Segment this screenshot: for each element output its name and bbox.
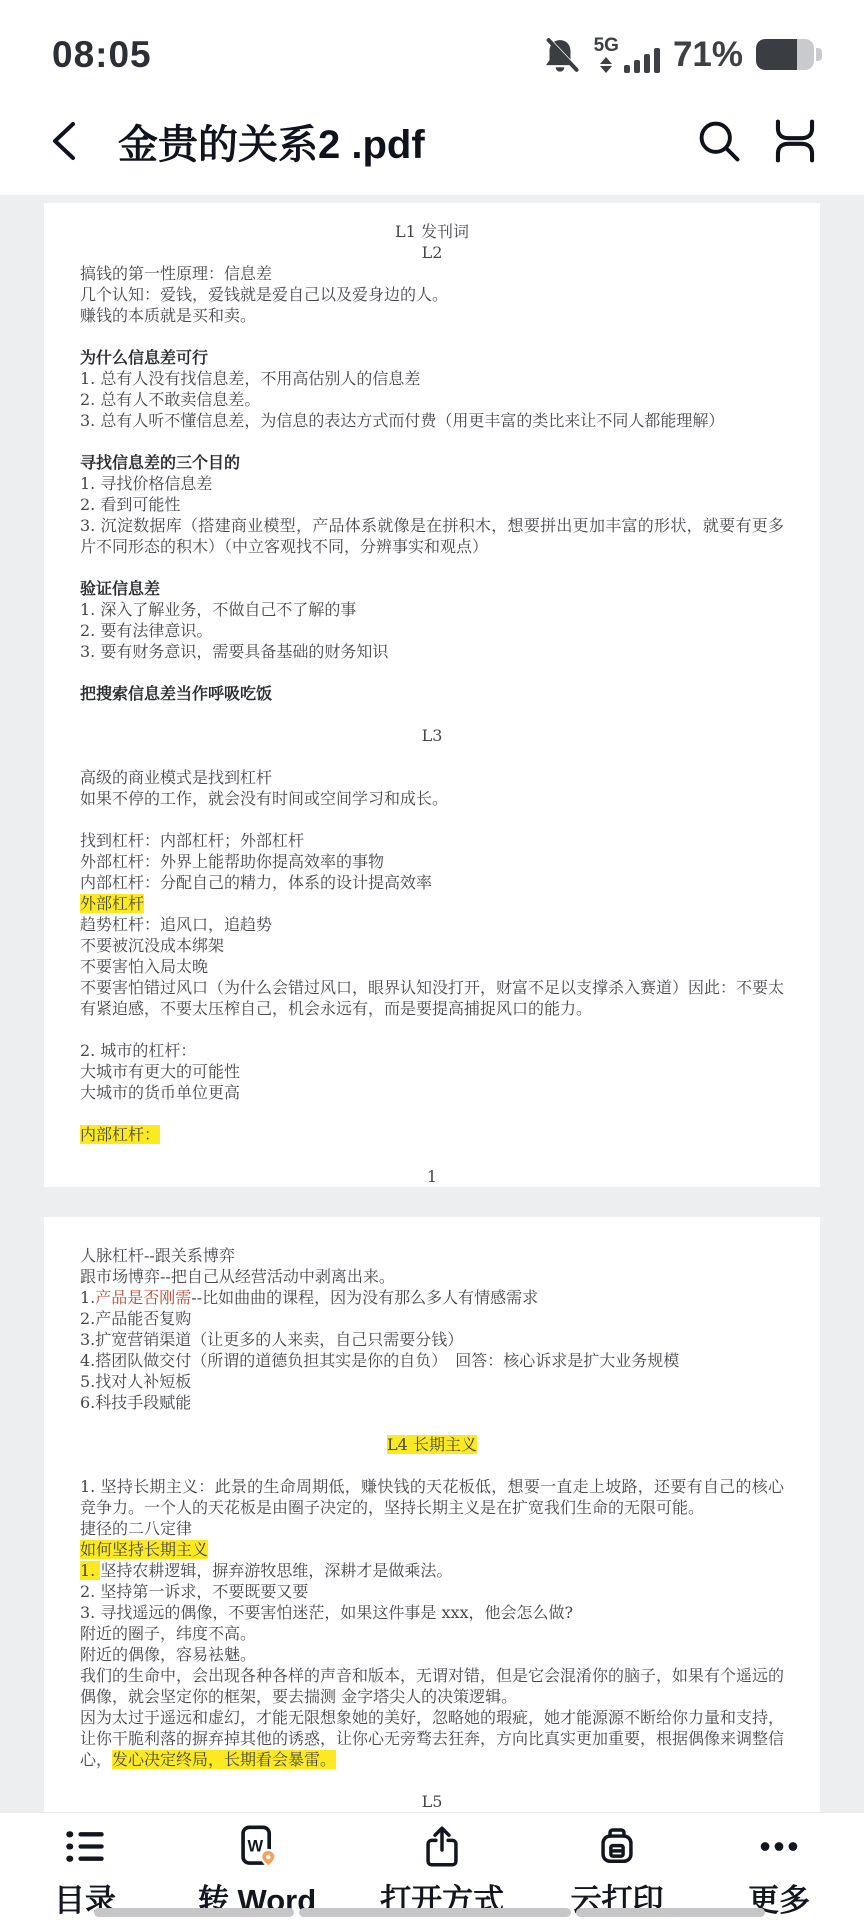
doc-line: 外部杠杆：外界上能帮助你提高效率的事物 bbox=[80, 851, 784, 872]
doc-line: 4.搭团队做交付（所谓的道德负担其实是你的自负） 回答：核心诉求是扩大业务规模 bbox=[80, 1350, 784, 1371]
app-header: 金贵的关系2 .pdf bbox=[0, 95, 864, 195]
doc-line bbox=[80, 1103, 784, 1124]
back-button[interactable] bbox=[46, 118, 92, 164]
doc-line: 大城市的货币单位更高 bbox=[80, 1082, 784, 1103]
doc-line: L2 bbox=[80, 242, 784, 263]
doc-line: 1 bbox=[80, 1166, 784, 1187]
doc-line: 人脉杠杆--跟关系博弈 bbox=[80, 1245, 784, 1266]
doc-line: L3 bbox=[80, 725, 784, 746]
doc-line: 寻找信息差的三个目的 bbox=[80, 452, 784, 473]
doc-line: 附近的圈子，纬度不高。 bbox=[80, 1623, 784, 1644]
doc-line: 2. 城市的杠杆： bbox=[80, 1040, 784, 1061]
doc-line bbox=[80, 1019, 784, 1040]
signal-arrows-icon bbox=[600, 57, 612, 73]
battery-percent-label: 71% bbox=[673, 35, 743, 75]
doc-line: 跟市场博弈--把自己从经营活动中剥离出来。 bbox=[80, 1266, 784, 1287]
doc-line: 2.产品能否复购 bbox=[80, 1308, 784, 1329]
doc-line: 1. 深入了解业务，不做自己不了解的事 bbox=[80, 599, 784, 620]
doc-line bbox=[80, 1145, 784, 1166]
doc-line bbox=[80, 431, 784, 452]
pdf-page-2: 人脉杠杆--跟关系博弈跟市场博弈--把自己从经营活动中剥离出来。1.产品是否刚需… bbox=[44, 1217, 820, 1812]
doc-line: 内部杠杆： bbox=[80, 1124, 784, 1145]
doc-line: 3. 总有人听不懂信息差，为信息的表达方式而付费（用更丰富的类比来让不同人都能理… bbox=[80, 410, 784, 431]
more-dots-icon bbox=[752, 1823, 806, 1870]
doc-line: 如果不停的工作，就会没有时间或空间学习和成长。 bbox=[80, 788, 784, 809]
back-chevron-icon bbox=[46, 118, 92, 164]
clock: 08:05 bbox=[52, 34, 152, 76]
scroll-indicator-segment bbox=[576, 1908, 765, 1917]
doc-line bbox=[80, 1413, 784, 1434]
doc-line bbox=[80, 746, 784, 767]
pdf-page-1-body: L1 发刊词L2搞钱的第一性原理：信息差几个认知：爱钱，爱钱就是爱自己以及爱身边… bbox=[80, 221, 784, 1187]
doc-line: 高级的商业模式是找到杠杆 bbox=[80, 767, 784, 788]
signal-bars-icon bbox=[624, 47, 660, 73]
doc-line: L5 bbox=[80, 1791, 784, 1812]
doc-line: 我们的生命中，会出现各种各样的声音和版本，无谓对错，但是它会混淆你的脑子，如果有… bbox=[80, 1665, 784, 1707]
doc-line: 赚钱的本质就是买和卖。 bbox=[80, 305, 784, 326]
search-icon bbox=[694, 116, 744, 166]
document-title: 金贵的关系2 .pdf bbox=[118, 113, 668, 170]
cloud-print-icon bbox=[590, 1823, 644, 1870]
battery-fill bbox=[756, 39, 797, 70]
doc-line: 不要害怕错过风口（为什么会错过风口，眼界认知没打开，财富不足以支撑杀入赛道）因此… bbox=[80, 977, 784, 1019]
network-type-label: 5G bbox=[594, 36, 619, 55]
doc-line: 3. 寻找遥远的偶像，不要害怕迷茫，如果这件事是 xxx，他会怎么做? bbox=[80, 1602, 784, 1623]
more-button[interactable]: 更多 bbox=[724, 1823, 834, 1920]
bottom-toolbar: 目录 W 转 Word 打开方式 bbox=[0, 1812, 864, 1920]
doc-line: 大城市有更大的可能性 bbox=[80, 1061, 784, 1082]
doc-line: 1. 坚持农耕逻辑，摒弃游牧思维，深耕才是做乘法。 bbox=[80, 1560, 784, 1581]
cloud-print-button[interactable]: 云打印 bbox=[562, 1823, 672, 1920]
doc-line: 5.找对人补短板 bbox=[80, 1371, 784, 1392]
outline-list-icon bbox=[58, 1823, 112, 1870]
doc-line: 3. 沉淀数据库（搭建商业模型，产品体系就像是在拼积木，想要拼出更加丰富的形状，… bbox=[80, 515, 784, 557]
doc-line: 搞钱的第一性原理：信息差 bbox=[80, 263, 784, 284]
doc-line: 因为太过于遥远和虚幻，才能无限想象她的美好，忽略她的瑕疵，她才能源源不断给你力量… bbox=[80, 1707, 784, 1770]
doc-line: 6.科技手段赋能 bbox=[80, 1392, 784, 1413]
doc-line: 不要害怕入局太晚 bbox=[80, 956, 784, 977]
status-bar: 08:05 5G 71% bbox=[0, 0, 864, 95]
outline-button[interactable]: 目录 bbox=[30, 1823, 140, 1920]
pdf-viewport[interactable]: L1 发刊词L2搞钱的第一性原理：信息差几个认知：爱钱，爱钱就是爱自己以及爱身边… bbox=[0, 195, 864, 1812]
svg-text:W: W bbox=[248, 1837, 264, 1856]
doc-line: 1. 坚持长期主义：此景的生命周期低，赚快钱的天花板低，想要一直走上坡路，还要有… bbox=[80, 1476, 784, 1518]
doc-line bbox=[80, 326, 784, 347]
pdf-page-1: L1 发刊词L2搞钱的第一性原理：信息差几个认知：爱钱，爱钱就是爱自己以及爱身边… bbox=[44, 203, 820, 1187]
doc-line bbox=[80, 1770, 784, 1791]
share-open-with-icon bbox=[415, 1823, 469, 1870]
doc-line: 2. 坚持第一诉求，不要既要又要 bbox=[80, 1581, 784, 1602]
doc-line: 验证信息差 bbox=[80, 578, 784, 599]
notifications-off-icon bbox=[539, 34, 581, 76]
word-convert-icon: W bbox=[230, 1823, 284, 1870]
battery-icon bbox=[756, 39, 822, 70]
doc-line: 3. 要有财务意识，需要具备基础的财务知识 bbox=[80, 641, 784, 662]
doc-line: 2. 要有法律意识。 bbox=[80, 620, 784, 641]
doc-line: 趋势杠杆：追风口，追趋势 bbox=[80, 914, 784, 935]
doc-line: 找到杠杆：内部杠杆；外部杠杆 bbox=[80, 830, 784, 851]
doc-line: 把搜索信息差当作呼吸吃饭 bbox=[80, 683, 784, 704]
mobile-reflow-button[interactable] bbox=[770, 116, 820, 166]
scroll-indicator-segment bbox=[94, 1908, 294, 1917]
doc-line: 1.产品是否刚需--比如曲曲的课程，因为没有那么多人有情感需求 bbox=[80, 1287, 784, 1308]
doc-line: 为什么信息差可行 bbox=[80, 347, 784, 368]
doc-line: 1. 寻找价格信息差 bbox=[80, 473, 784, 494]
search-button[interactable] bbox=[694, 116, 744, 166]
doc-line: 如何坚持长期主义 bbox=[80, 1539, 784, 1560]
doc-line: 捷径的二八定律 bbox=[80, 1518, 784, 1539]
doc-line: L1 发刊词 bbox=[80, 221, 784, 242]
doc-line: 几个认知：爱钱，爱钱就是爱自己以及爱身边的人。 bbox=[80, 284, 784, 305]
doc-line bbox=[80, 809, 784, 830]
doc-line: 附近的偶像，容易袪魅。 bbox=[80, 1644, 784, 1665]
pdf-page-2-body: 人脉杠杆--跟关系博弈跟市场博弈--把自己从经营活动中剥离出来。1.产品是否刚需… bbox=[80, 1245, 784, 1812]
doc-line bbox=[80, 662, 784, 683]
doc-line: 内部杠杆：分配自己的精力，体系的设计提高效率 bbox=[80, 872, 784, 893]
open-with-button[interactable]: 打开方式 bbox=[374, 1823, 510, 1920]
doc-line: 2. 看到可能性 bbox=[80, 494, 784, 515]
doc-line bbox=[80, 704, 784, 725]
doc-line bbox=[80, 557, 784, 578]
doc-line: 不要被沉没成本绑架 bbox=[80, 935, 784, 956]
convert-to-word-button[interactable]: W 转 Word bbox=[192, 1823, 322, 1920]
cellular-status: 5G bbox=[594, 36, 660, 73]
scroll-indicator-segment bbox=[299, 1908, 571, 1917]
doc-line bbox=[80, 1455, 784, 1476]
mobile-reflow-icon bbox=[770, 116, 820, 166]
phone-screen: 08:05 5G 71% bbox=[0, 0, 864, 1920]
doc-line: L4 长期主义 bbox=[80, 1434, 784, 1455]
doc-line: 1. 总有人没有找信息差，不用高估别人的信息差 bbox=[80, 368, 784, 389]
doc-line: 2. 总有人不敢卖信息差。 bbox=[80, 389, 784, 410]
doc-line: 3.扩宽营销渠道（让更多的人来卖，自己只需要分钱） bbox=[80, 1329, 784, 1350]
doc-line: 外部杠杆 bbox=[80, 893, 784, 914]
